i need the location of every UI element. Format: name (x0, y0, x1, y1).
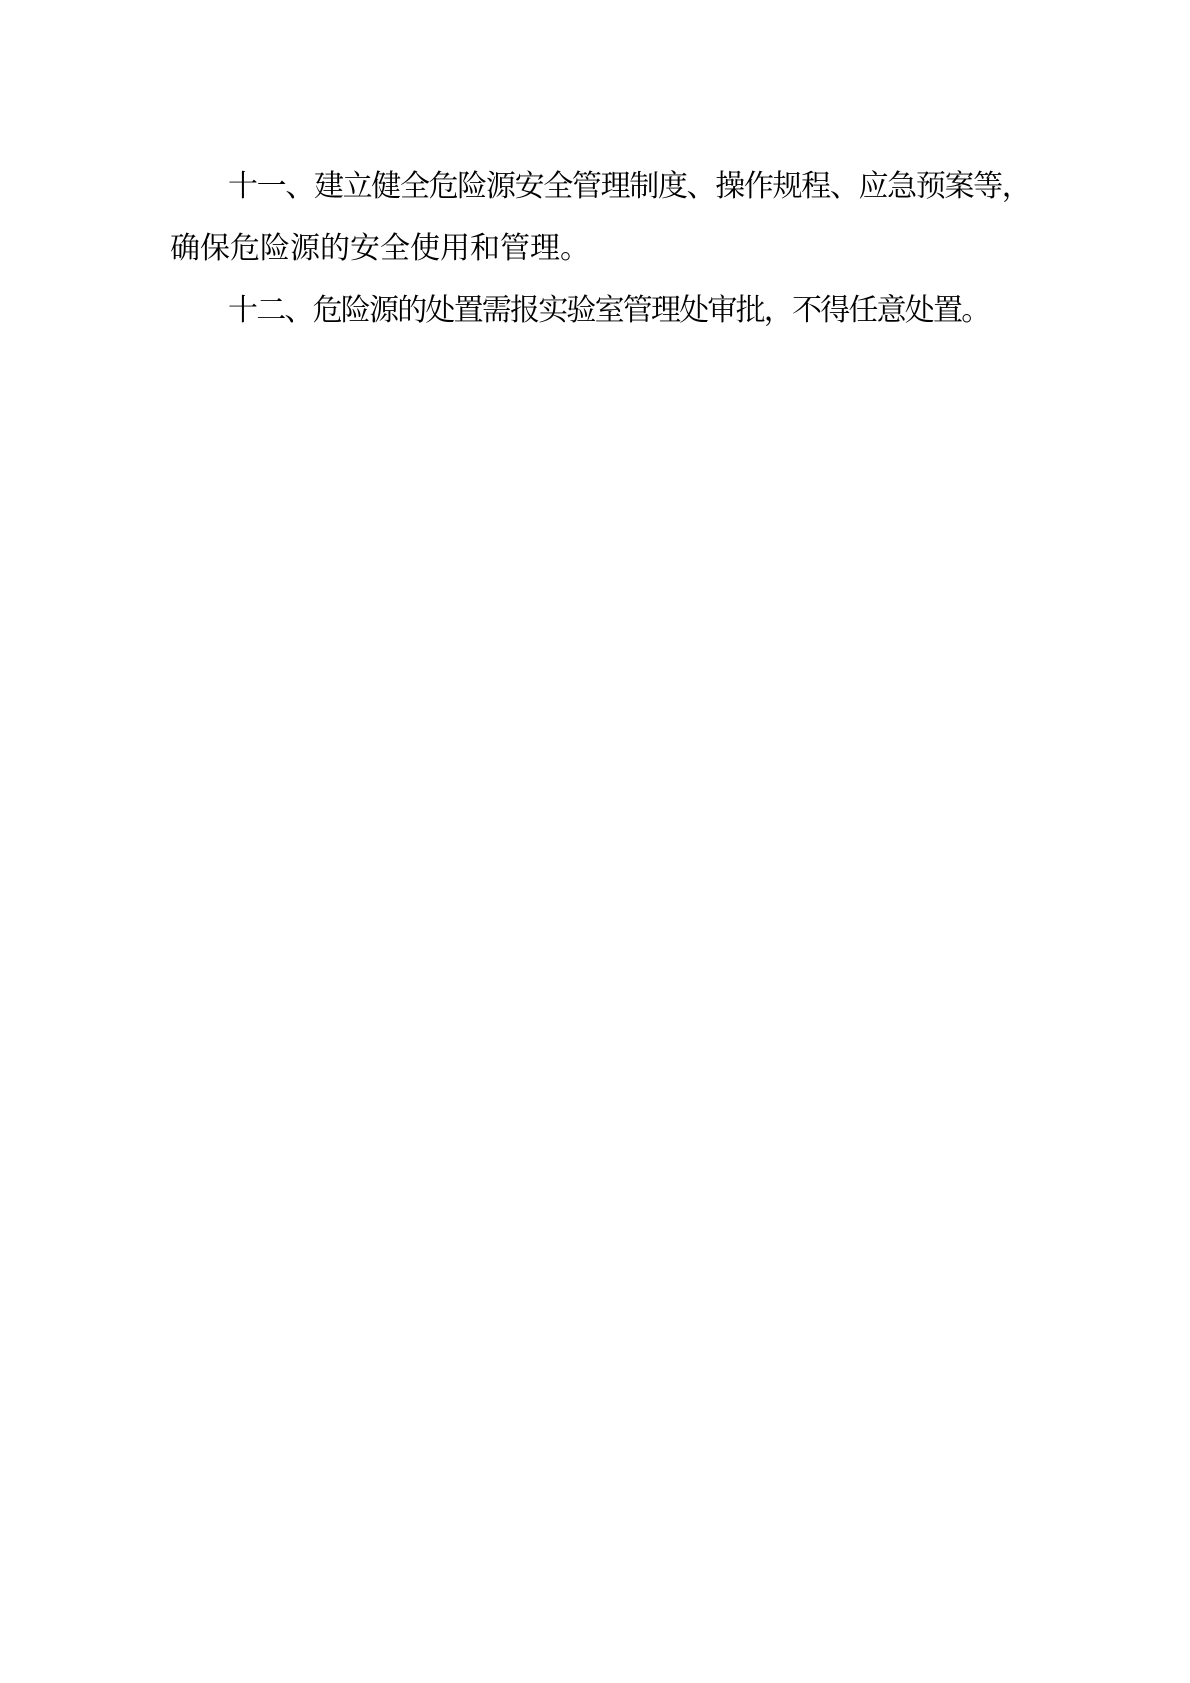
paragraph-clause-12: 十二、危险源的处置需报实验室管理处审批，不得任意处置。 (170, 280, 1030, 342)
paragraph-clause-11: 十一、建立健全危险源安全管理制度、操作规程、应急预案等， 确保危险源的安全使用和… (170, 156, 1030, 280)
document-page: 十一、建立健全危险源安全管理制度、操作规程、应急预案等， 确保危险源的安全使用和… (0, 0, 1190, 1683)
clause-11-line-2: 确保危险源的安全使用和管理。 (170, 218, 1030, 280)
clause-11-line-1: 十一、建立健全危险源安全管理制度、操作规程、应急预案等， (170, 156, 1030, 218)
clause-12-line-1: 十二、危险源的处置需报实验室管理处审批，不得任意处置。 (170, 280, 1030, 342)
